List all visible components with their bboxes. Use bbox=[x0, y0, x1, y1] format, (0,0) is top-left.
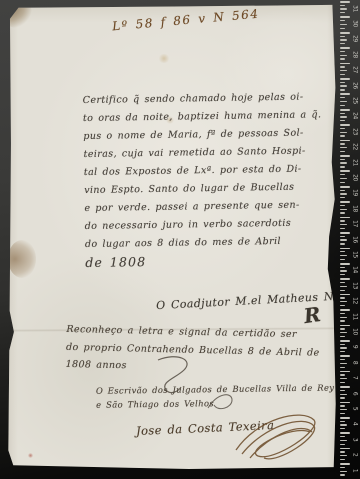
ruler-number: 8 bbox=[351, 357, 360, 367]
ruler-half-tick bbox=[340, 132, 347, 133]
ruler-minor-tick bbox=[340, 135, 345, 136]
ruler-number: 20 bbox=[351, 172, 360, 182]
ruler-cm-segment: 1 bbox=[340, 463, 360, 478]
ruler-half-tick bbox=[340, 301, 347, 302]
ruler-major-tick bbox=[340, 448, 350, 450]
ruler-minor-tick bbox=[340, 397, 345, 398]
ruler-minor-tick bbox=[340, 5, 345, 6]
ruler-minor-tick bbox=[340, 436, 345, 437]
ruler-minor-tick bbox=[340, 413, 345, 414]
rubric-monogram: R bbox=[302, 302, 322, 328]
ruler-cm-segment: 12 bbox=[340, 294, 360, 309]
corner-stain bbox=[2, 0, 32, 28]
ruler-cm-segment: 14 bbox=[340, 263, 360, 278]
ruler-minor-tick bbox=[340, 305, 345, 306]
ruler-cm-segment: 27 bbox=[340, 63, 360, 78]
ruler-half-tick bbox=[340, 178, 347, 179]
ruler-minor-tick bbox=[340, 359, 345, 360]
ruler-minor-tick bbox=[340, 367, 345, 368]
ruler-major-tick bbox=[340, 294, 350, 296]
ruler-minor-tick bbox=[340, 251, 345, 252]
ruler-minor-tick bbox=[340, 228, 345, 229]
ruler-major-tick bbox=[340, 63, 350, 65]
ruler-number: 25 bbox=[351, 95, 360, 105]
ruler-cm-segment: 6 bbox=[340, 386, 360, 401]
ruler-major-tick bbox=[340, 124, 350, 126]
ruler-minor-tick bbox=[340, 20, 345, 21]
ruler-minor-tick bbox=[340, 467, 345, 468]
ruler-minor-tick bbox=[340, 236, 345, 237]
ruler-major-tick bbox=[340, 140, 350, 142]
ruler-number: 2 bbox=[351, 450, 360, 460]
ruler-number: 19 bbox=[351, 188, 360, 198]
ruler-major-tick bbox=[340, 386, 350, 388]
ruler-major-tick bbox=[340, 278, 350, 280]
ruler-cm-segment: 10 bbox=[340, 325, 360, 340]
ruler-half-tick bbox=[340, 347, 347, 348]
ruler-major-tick bbox=[340, 432, 350, 434]
ruler-major-tick bbox=[340, 371, 350, 373]
ruler-minor-tick bbox=[340, 151, 345, 152]
ruler-minor-tick bbox=[340, 344, 345, 345]
ruler-minor-tick bbox=[340, 66, 345, 67]
ruler-number: 4 bbox=[351, 419, 360, 429]
ruler-cm-segment: 15 bbox=[340, 248, 360, 263]
ruler-minor-tick bbox=[340, 58, 345, 59]
ruler-cm-segment: 23 bbox=[340, 124, 360, 139]
ruler-major-tick bbox=[340, 355, 350, 357]
ruler-number: 15 bbox=[351, 250, 360, 260]
ruler-number: 1 bbox=[351, 465, 360, 475]
ruler-half-tick bbox=[340, 409, 347, 410]
ruler-number: 31 bbox=[351, 3, 360, 13]
ruler-minor-tick bbox=[340, 459, 345, 460]
ruler-minor-tick bbox=[340, 374, 345, 375]
ruler-half-tick bbox=[340, 147, 347, 148]
ruler-half-tick bbox=[340, 193, 347, 194]
ruler-minor-tick bbox=[340, 89, 345, 90]
ruler-minor-tick bbox=[340, 212, 345, 213]
ruler-minor-tick bbox=[340, 74, 345, 75]
ruler-major-tick bbox=[340, 263, 350, 265]
ruler-major-tick bbox=[340, 248, 350, 250]
ruler-cm-segment: 24 bbox=[340, 109, 360, 124]
ruler-minor-tick bbox=[340, 267, 345, 268]
ruler-minor-tick bbox=[340, 182, 345, 183]
ruler-cm-segment: 31 bbox=[340, 1, 360, 16]
ruler-major-tick bbox=[340, 340, 350, 342]
ruler-minor-tick bbox=[340, 259, 345, 260]
ruler-half-tick bbox=[340, 363, 347, 364]
ruler-minor-tick bbox=[340, 97, 345, 98]
ruler-minor-tick bbox=[340, 290, 345, 291]
ruler-cm-segment: 21 bbox=[340, 155, 360, 170]
ruler-minor-tick bbox=[340, 297, 345, 298]
ruler-cm-segment: 28 bbox=[340, 47, 360, 62]
ruler-cm-segment: 18 bbox=[340, 201, 360, 216]
ruler-cm-segment: 30 bbox=[340, 16, 360, 31]
certificate-body-line: de 1808 bbox=[85, 250, 343, 272]
ruler-minor-tick bbox=[340, 120, 345, 121]
ruler-minor-tick bbox=[340, 474, 345, 475]
ruler-major-tick bbox=[340, 93, 350, 95]
ruler-number: 24 bbox=[351, 111, 360, 121]
certificate-body: Certifico q̃ sendo chamado hoje pelas oi… bbox=[83, 88, 344, 272]
ruler-minor-tick bbox=[340, 274, 345, 275]
ruler-number: 6 bbox=[351, 388, 360, 398]
ruler-number: 10 bbox=[351, 327, 360, 337]
ruler-cm-segment: 19 bbox=[340, 186, 360, 201]
ruler-minor-tick bbox=[340, 105, 345, 106]
ruler-number: 29 bbox=[351, 34, 360, 44]
ink-speck bbox=[28, 453, 33, 458]
ruler-major-tick bbox=[340, 109, 350, 111]
ruler-half-tick bbox=[340, 224, 347, 225]
ruler-number: 30 bbox=[351, 18, 360, 28]
ruler-number: 28 bbox=[351, 49, 360, 59]
ruler-half-tick bbox=[340, 24, 347, 25]
ruler-minor-tick bbox=[340, 390, 345, 391]
ruler-minor-tick bbox=[340, 451, 345, 452]
ruler-minor-tick bbox=[340, 328, 345, 329]
ruler-half-tick bbox=[340, 8, 347, 9]
ruler-cm-segment: 13 bbox=[340, 278, 360, 293]
ruler-half-tick bbox=[340, 332, 347, 333]
ruler-major-tick bbox=[340, 1, 350, 3]
ruler-number: 12 bbox=[351, 296, 360, 306]
ruler-number: 5 bbox=[351, 404, 360, 414]
ruler-cm-segment: 29 bbox=[340, 32, 360, 47]
ruler-number: 27 bbox=[351, 65, 360, 75]
ruler-number: 22 bbox=[351, 142, 360, 152]
ruler-half-tick bbox=[340, 317, 347, 318]
ruler-major-tick bbox=[340, 201, 350, 203]
ruler-major-tick bbox=[340, 309, 350, 311]
ruler-cm-segment: 17 bbox=[340, 217, 360, 232]
ruler-number: 23 bbox=[351, 126, 360, 136]
ruler-major-tick bbox=[340, 16, 350, 18]
ruler-half-tick bbox=[340, 286, 347, 287]
ruler-minor-tick bbox=[340, 82, 345, 83]
ruler-cm-segment: 5 bbox=[340, 402, 360, 417]
ruler-minor-tick bbox=[340, 428, 345, 429]
ruler-minor-tick bbox=[340, 313, 345, 314]
ruler-minor-tick bbox=[340, 51, 345, 52]
ruler-minor-tick bbox=[340, 282, 345, 283]
ruler-half-tick bbox=[340, 55, 347, 56]
ruler-minor-tick bbox=[340, 28, 345, 29]
ruler-half-tick bbox=[340, 378, 347, 379]
ruler-number: 13 bbox=[351, 280, 360, 290]
ruler-minor-tick bbox=[340, 197, 345, 198]
ruler-cm-segment: 22 bbox=[340, 140, 360, 155]
ruler-half-tick bbox=[340, 394, 347, 395]
ruler-minor-tick bbox=[340, 405, 345, 406]
ruler-half-tick bbox=[340, 440, 347, 441]
ruler-cm-segment: 7 bbox=[340, 371, 360, 386]
ruler-half-tick bbox=[340, 255, 347, 256]
ruler-minor-tick bbox=[340, 205, 345, 206]
ruler-half-tick bbox=[340, 116, 347, 117]
ruler-minor-tick bbox=[340, 143, 345, 144]
ruler-major-tick bbox=[340, 232, 350, 234]
ruler-minor-tick bbox=[340, 220, 345, 221]
ruler-half-tick bbox=[340, 270, 347, 271]
ruler-number: 18 bbox=[351, 203, 360, 213]
ruler-major-tick bbox=[340, 78, 350, 80]
ruler-major-tick bbox=[340, 402, 350, 404]
archival-note: Lº 58 f 86 v N 564 bbox=[112, 7, 260, 34]
ruler-number: 16 bbox=[351, 234, 360, 244]
ruler-cm-segment: 20 bbox=[340, 170, 360, 185]
ruler-major-tick bbox=[340, 186, 350, 188]
ruler-minor-tick bbox=[340, 320, 345, 321]
ruler-number: 11 bbox=[351, 311, 360, 321]
ruler-major-tick bbox=[340, 463, 350, 465]
ruler-cm-segment: 16 bbox=[340, 232, 360, 247]
ruler-half-tick bbox=[340, 239, 347, 240]
ruler-number: 21 bbox=[351, 157, 360, 167]
ruler-cm-segment: 2 bbox=[340, 448, 360, 463]
ruler-half-tick bbox=[340, 424, 347, 425]
ruler-half-tick bbox=[340, 209, 347, 210]
ruler-major-tick bbox=[340, 217, 350, 219]
ruler-minor-tick bbox=[340, 43, 345, 44]
ruler-minor-tick bbox=[340, 243, 345, 244]
ruler-minor-tick bbox=[340, 128, 345, 129]
left-edge-stain bbox=[8, 240, 36, 278]
signature-flourish bbox=[230, 406, 322, 468]
ruler-cm-segment: 3 bbox=[340, 432, 360, 447]
ruler-minor-tick bbox=[340, 190, 345, 191]
ruler-minor-tick bbox=[340, 336, 345, 337]
ruler-number: 26 bbox=[351, 80, 360, 90]
scanned-manuscript-photo: Lº 58 f 86 v N 564 Certifico q̃ sendo ch… bbox=[0, 0, 360, 479]
ruler-half-tick bbox=[340, 455, 347, 456]
ruler-cm-segment: 11 bbox=[340, 309, 360, 324]
ruler-cm-segment: 4 bbox=[340, 417, 360, 432]
ruler-cm-segment: 25 bbox=[340, 93, 360, 108]
ruler-half-tick bbox=[340, 101, 347, 102]
ruler-minor-tick bbox=[340, 166, 345, 167]
ruler-minor-tick bbox=[340, 382, 345, 383]
coadjutor-signature: O Coadjutor M.el Matheus Nunes bbox=[156, 285, 360, 312]
ruler-minor-tick bbox=[340, 113, 345, 114]
ruler-minor-tick bbox=[340, 351, 345, 352]
ruler-scale: 31 30 29 28 27 bbox=[340, 1, 360, 479]
ruler-cm-segment: 8 bbox=[340, 355, 360, 370]
recognition-note: Reconheço a letra e signal da certidão s… bbox=[65, 321, 338, 380]
ruler-major-tick bbox=[340, 47, 350, 49]
ruler-number: 17 bbox=[351, 219, 360, 229]
ruler-half-tick bbox=[340, 85, 347, 86]
ruler-half-tick bbox=[340, 162, 347, 163]
ruler-half-tick bbox=[340, 39, 347, 40]
ruler-cm-segment: 26 bbox=[340, 78, 360, 93]
ruler-minor-tick bbox=[340, 444, 345, 445]
ruler-number: 14 bbox=[351, 265, 360, 275]
small-stain bbox=[158, 54, 170, 63]
ruler-number: 7 bbox=[351, 373, 360, 383]
ruler-minor-tick bbox=[340, 174, 345, 175]
ruler-number: 9 bbox=[351, 342, 360, 352]
ruler-half-tick bbox=[340, 70, 347, 71]
ruler-minor-tick bbox=[340, 36, 345, 37]
ruler-minor-tick bbox=[340, 12, 345, 13]
ruler-major-tick bbox=[340, 170, 350, 172]
ruler-major-tick bbox=[340, 155, 350, 157]
manuscript-paper: Lº 58 f 86 v N 564 Certifico q̃ sendo ch… bbox=[8, 4, 337, 469]
ruler-major-tick bbox=[340, 325, 350, 327]
ruler-major-tick bbox=[340, 417, 350, 419]
ruler-half-tick bbox=[340, 471, 347, 472]
ruler-cm-segment: 9 bbox=[340, 340, 360, 355]
ruler-minor-tick bbox=[340, 421, 345, 422]
ruler-minor-tick bbox=[340, 159, 345, 160]
ruler-major-tick bbox=[340, 32, 350, 34]
ruler-number: 3 bbox=[351, 434, 360, 444]
